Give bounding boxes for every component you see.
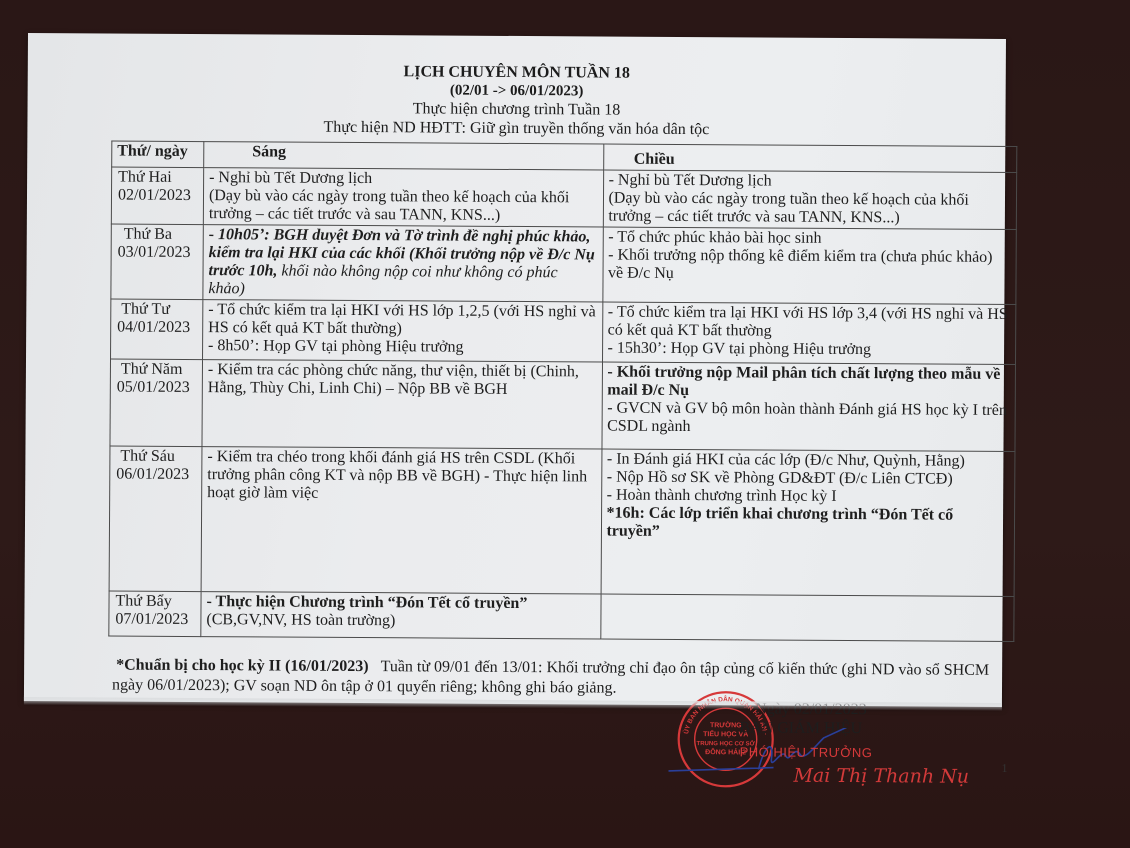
- table-row: Thứ Tư 04/01/2023 - Tổ chức kiểm tra lại…: [111, 299, 1016, 365]
- document-header: LỊCH CHUYÊN MÔN TUẦN 18 (02/01 -> 06/01/…: [27, 61, 1005, 141]
- morning-item: - Kiểm tra các phòng chức năng, thư viện…: [208, 361, 597, 399]
- table-row: Thứ Sáu 06/01/2023 - Kiểm tra chéo trong…: [109, 446, 1015, 597]
- day-date: 02/01/2023: [118, 187, 198, 205]
- morning-item: - 8h50’: Họp GV tại phòng Hiệu trưởng: [208, 337, 597, 357]
- morning-item: (Dạy bù vào các ngày trong tuần theo kế …: [209, 187, 598, 225]
- afternoon-item-emphasis: - Khối trưởng nộp Mail phân tích chất lư…: [607, 364, 1010, 402]
- afternoon-item: (Dạy bù vào các ngày trong tuần theo kế …: [608, 190, 1011, 228]
- afternoon-cell: [600, 594, 1014, 642]
- afternoon-item-emphasis: *16h: Các lớp triển khai chương trình “Đ…: [606, 505, 1009, 543]
- afternoon-cell: - Tổ chức phúc khảo bài học sinh - Khối …: [602, 227, 1016, 305]
- table-row: Thứ Ba 03/01/2023 - 10h05’: BGH duyệt Đơ…: [111, 224, 1016, 305]
- morning-cell: - Tổ chức kiểm tra lại HKI với HS lớp 1,…: [202, 300, 602, 362]
- header-afternoon: Chiều: [603, 144, 1017, 173]
- morning-cell: - Kiểm tra chéo trong khối đánh giá HS t…: [201, 447, 601, 594]
- morning-cell: - Thực hiện Chương trình “Đón Tết cổ tru…: [201, 592, 601, 639]
- day-date: 07/01/2023: [115, 611, 195, 629]
- day-name: Thứ Hai: [118, 169, 198, 187]
- header-morning: Sáng: [204, 142, 604, 170]
- afternoon-item: - GVCN và GV bộ môn hoàn thành Đánh giá …: [607, 400, 1010, 438]
- day-cell: Thứ Năm 05/01/2023: [110, 359, 203, 447]
- morning-item: (CB,GV,NV, HS toàn trường): [206, 611, 595, 631]
- signer-title: PHÓ HIỆU TRƯỞNG: [740, 744, 873, 760]
- day-cell: Thứ Sáu 06/01/2023: [109, 446, 202, 592]
- morning-item: - Nghỉ bù Tết Dương lịch: [209, 169, 598, 189]
- signer-name: Mai Thị Thanh Nụ: [793, 765, 969, 788]
- afternoon-item: - 15h30’: Họp GV tại phòng Hiệu trưởng: [608, 340, 1011, 360]
- day-date: 03/01/2023: [118, 244, 198, 262]
- afternoon-cell: - Nghỉ bù Tết Dương lịch (Dạy bù vào các…: [603, 170, 1017, 230]
- morning-item-emphasis: - Thực hiện Chương trình “Đón Tết cổ tru…: [206, 593, 595, 613]
- table-row: Thứ Năm 05/01/2023 - Kiểm tra các phòng …: [110, 359, 1016, 452]
- morning-cell: - Nghỉ bù Tết Dương lịch (Dạy bù vào các…: [203, 168, 603, 227]
- table-row: Thứ Hai 02/01/2023 - Nghỉ bù Tết Dương l…: [111, 167, 1016, 230]
- day-cell: Thứ Ba 03/01/2023: [111, 224, 203, 300]
- day-name: Thứ Ba: [118, 226, 198, 244]
- day-name: Thứ Năm: [117, 361, 197, 379]
- note-lead: *Chuẩn bị cho học kỳ II (16/01/2023): [112, 657, 369, 676]
- day-name: Thứ Tư: [117, 301, 197, 319]
- day-name: Thứ Bẩy: [115, 593, 195, 611]
- morning-item: - Kiểm tra chéo trong khối đánh giá HS t…: [207, 448, 596, 504]
- signature-date: Ngày 02/01/2023: [666, 699, 926, 720]
- day-cell: Thứ Bẩy 07/01/2023: [109, 591, 201, 637]
- document-page: LỊCH CHUYÊN MÔN TUẦN 18 (02/01 -> 06/01/…: [24, 33, 1006, 707]
- semester-note: *Chuẩn bị cho học kỳ II (16/01/2023) Tuầ…: [112, 656, 1012, 701]
- schedule-table: Thứ/ ngày Sáng Chiều Thứ Hai 02/01/2023 …: [108, 141, 1017, 643]
- day-cell: Thứ Hai 02/01/2023: [111, 167, 203, 225]
- table-row: Thứ Bẩy 07/01/2023 - Thực hiện Chương tr…: [109, 591, 1014, 642]
- header-day: Thứ/ ngày: [112, 141, 204, 168]
- day-date: 04/01/2023: [117, 319, 197, 337]
- morning-cell: - 10h05’: BGH duyệt Đơn và Tờ trình đề n…: [203, 225, 603, 302]
- morning-item: - Tổ chức kiểm tra lại HKI với HS lớp 1,…: [208, 301, 597, 339]
- afternoon-cell: - In Đánh giá HKI của các lớp (Đ/c Như, …: [601, 449, 1015, 597]
- day-name: Thứ Sáu: [116, 448, 196, 466]
- day-date: 05/01/2023: [117, 379, 197, 397]
- afternoon-item: - Tổ chức kiểm tra lại HKI với HS lớp 3,…: [608, 304, 1011, 342]
- page-number: 1: [1001, 761, 1007, 776]
- afternoon-item: - Khối trưởng nộp thống kê điểm kiểm tra…: [608, 247, 1011, 285]
- morning-cell: - Kiểm tra các phòng chức năng, thư viện…: [202, 360, 602, 449]
- afternoon-cell: - Khối trưởng nộp Mail phân tích chất lư…: [601, 362, 1015, 452]
- day-cell: Thứ Tư 04/01/2023: [111, 299, 203, 360]
- day-date: 06/01/2023: [116, 466, 196, 484]
- afternoon-cell: - Tổ chức kiểm tra lại HKI với HS lớp 3,…: [602, 302, 1016, 365]
